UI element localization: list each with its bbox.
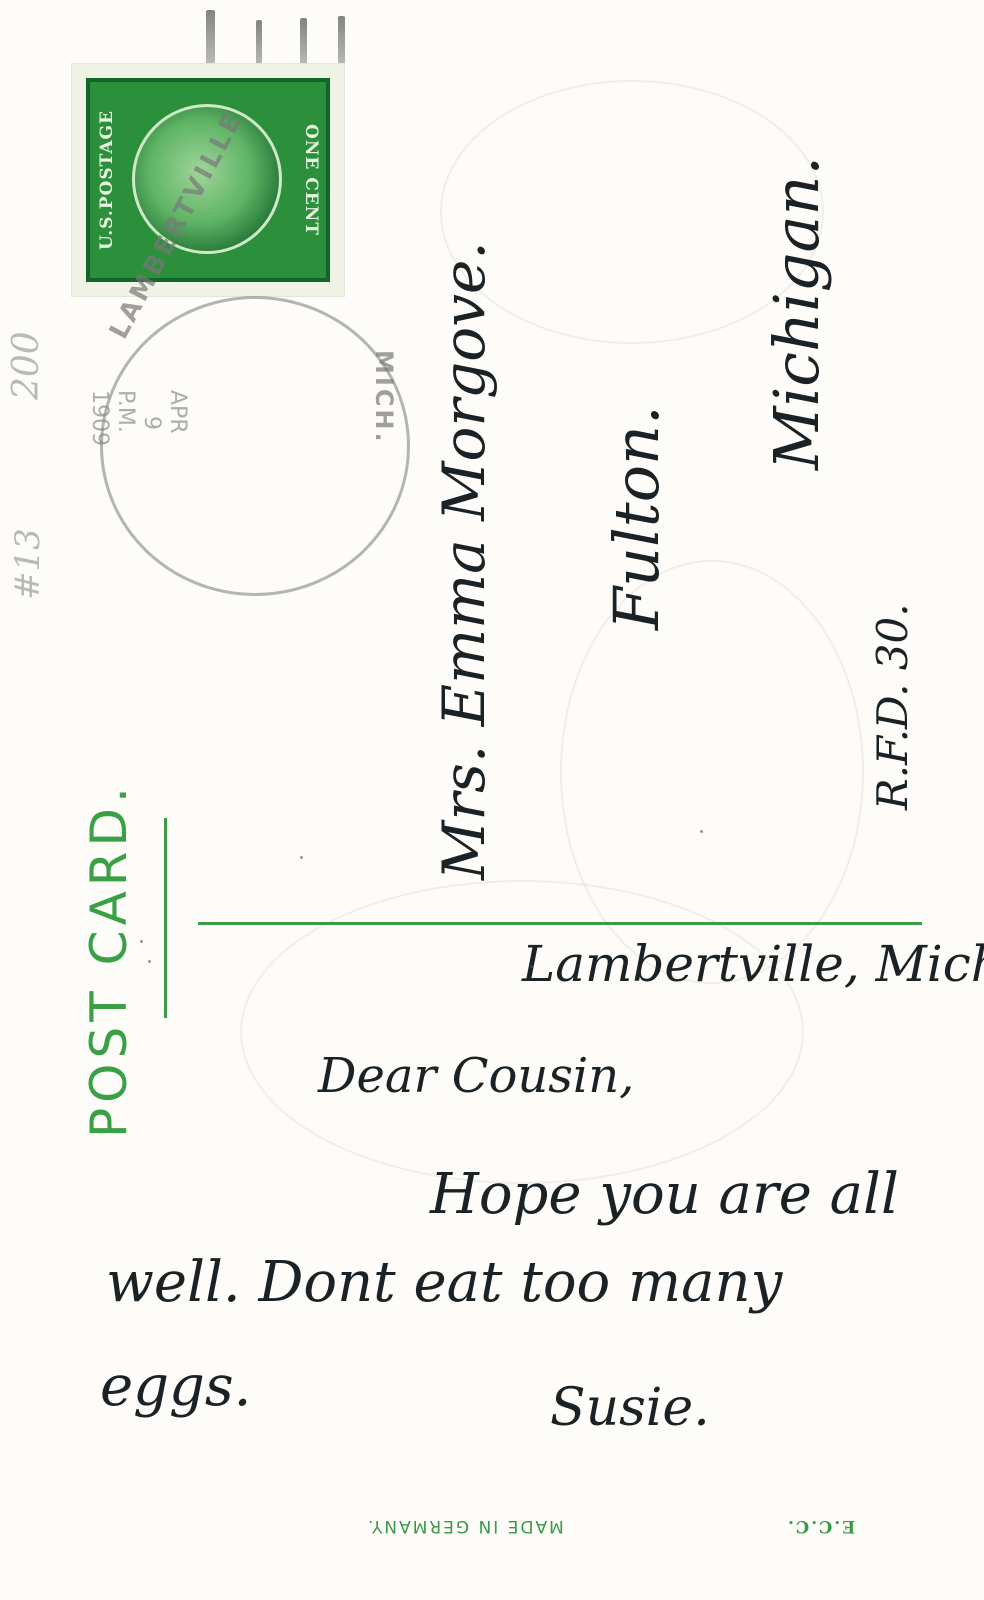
- speck: [530, 965, 533, 968]
- made-in-text: MADE IN GERMANY.: [366, 1516, 564, 1536]
- speck: [140, 940, 143, 943]
- recipient-name: Mrs. Emma Morgove.: [430, 241, 498, 880]
- postmark-state: MICH.: [370, 350, 398, 445]
- recipient-state: Michigan.: [760, 156, 833, 470]
- postmark-day: 9: [139, 416, 164, 430]
- speck: [148, 960, 151, 963]
- message-line-3: eggs.: [100, 1354, 251, 1419]
- postcard-back: U.S.POSTAGE ONE CENT LAMBERTVILLE MICH. …: [0, 0, 984, 1600]
- stamp-value-text: ONE CENT: [301, 95, 321, 265]
- postmark-year: 1909: [87, 390, 112, 446]
- divider-vertical: [164, 818, 167, 1018]
- message-place: Lambertville, Mich: [522, 935, 984, 993]
- publisher-mark: E.C.C.: [786, 1516, 855, 1536]
- postmark-time: P.M.: [113, 390, 138, 433]
- speck: [700, 830, 703, 833]
- pencil-lot-note: #13: [8, 528, 48, 600]
- recipient-city: Fulton.: [600, 405, 673, 630]
- pencil-price-note: 200: [6, 331, 47, 400]
- postmark-circle: [100, 296, 410, 596]
- message-signature: Susie.: [550, 1378, 710, 1438]
- postcard-title: POST CARD.: [80, 782, 138, 1138]
- stamp-country-text: U.S.POSTAGE: [97, 95, 117, 265]
- postmark-month: APR: [165, 390, 190, 434]
- speck: [300, 856, 303, 859]
- message-line-2: well. Dont eat too many: [106, 1250, 782, 1315]
- message-greeting: Dear Cousin,: [318, 1048, 634, 1104]
- recipient-route: R.F.D. 30.: [868, 603, 917, 810]
- message-line-1: Hope you are all: [430, 1162, 899, 1227]
- postmark-date: APR 9 P.M. 1909: [86, 390, 190, 446]
- divider-horizontal: [198, 922, 922, 925]
